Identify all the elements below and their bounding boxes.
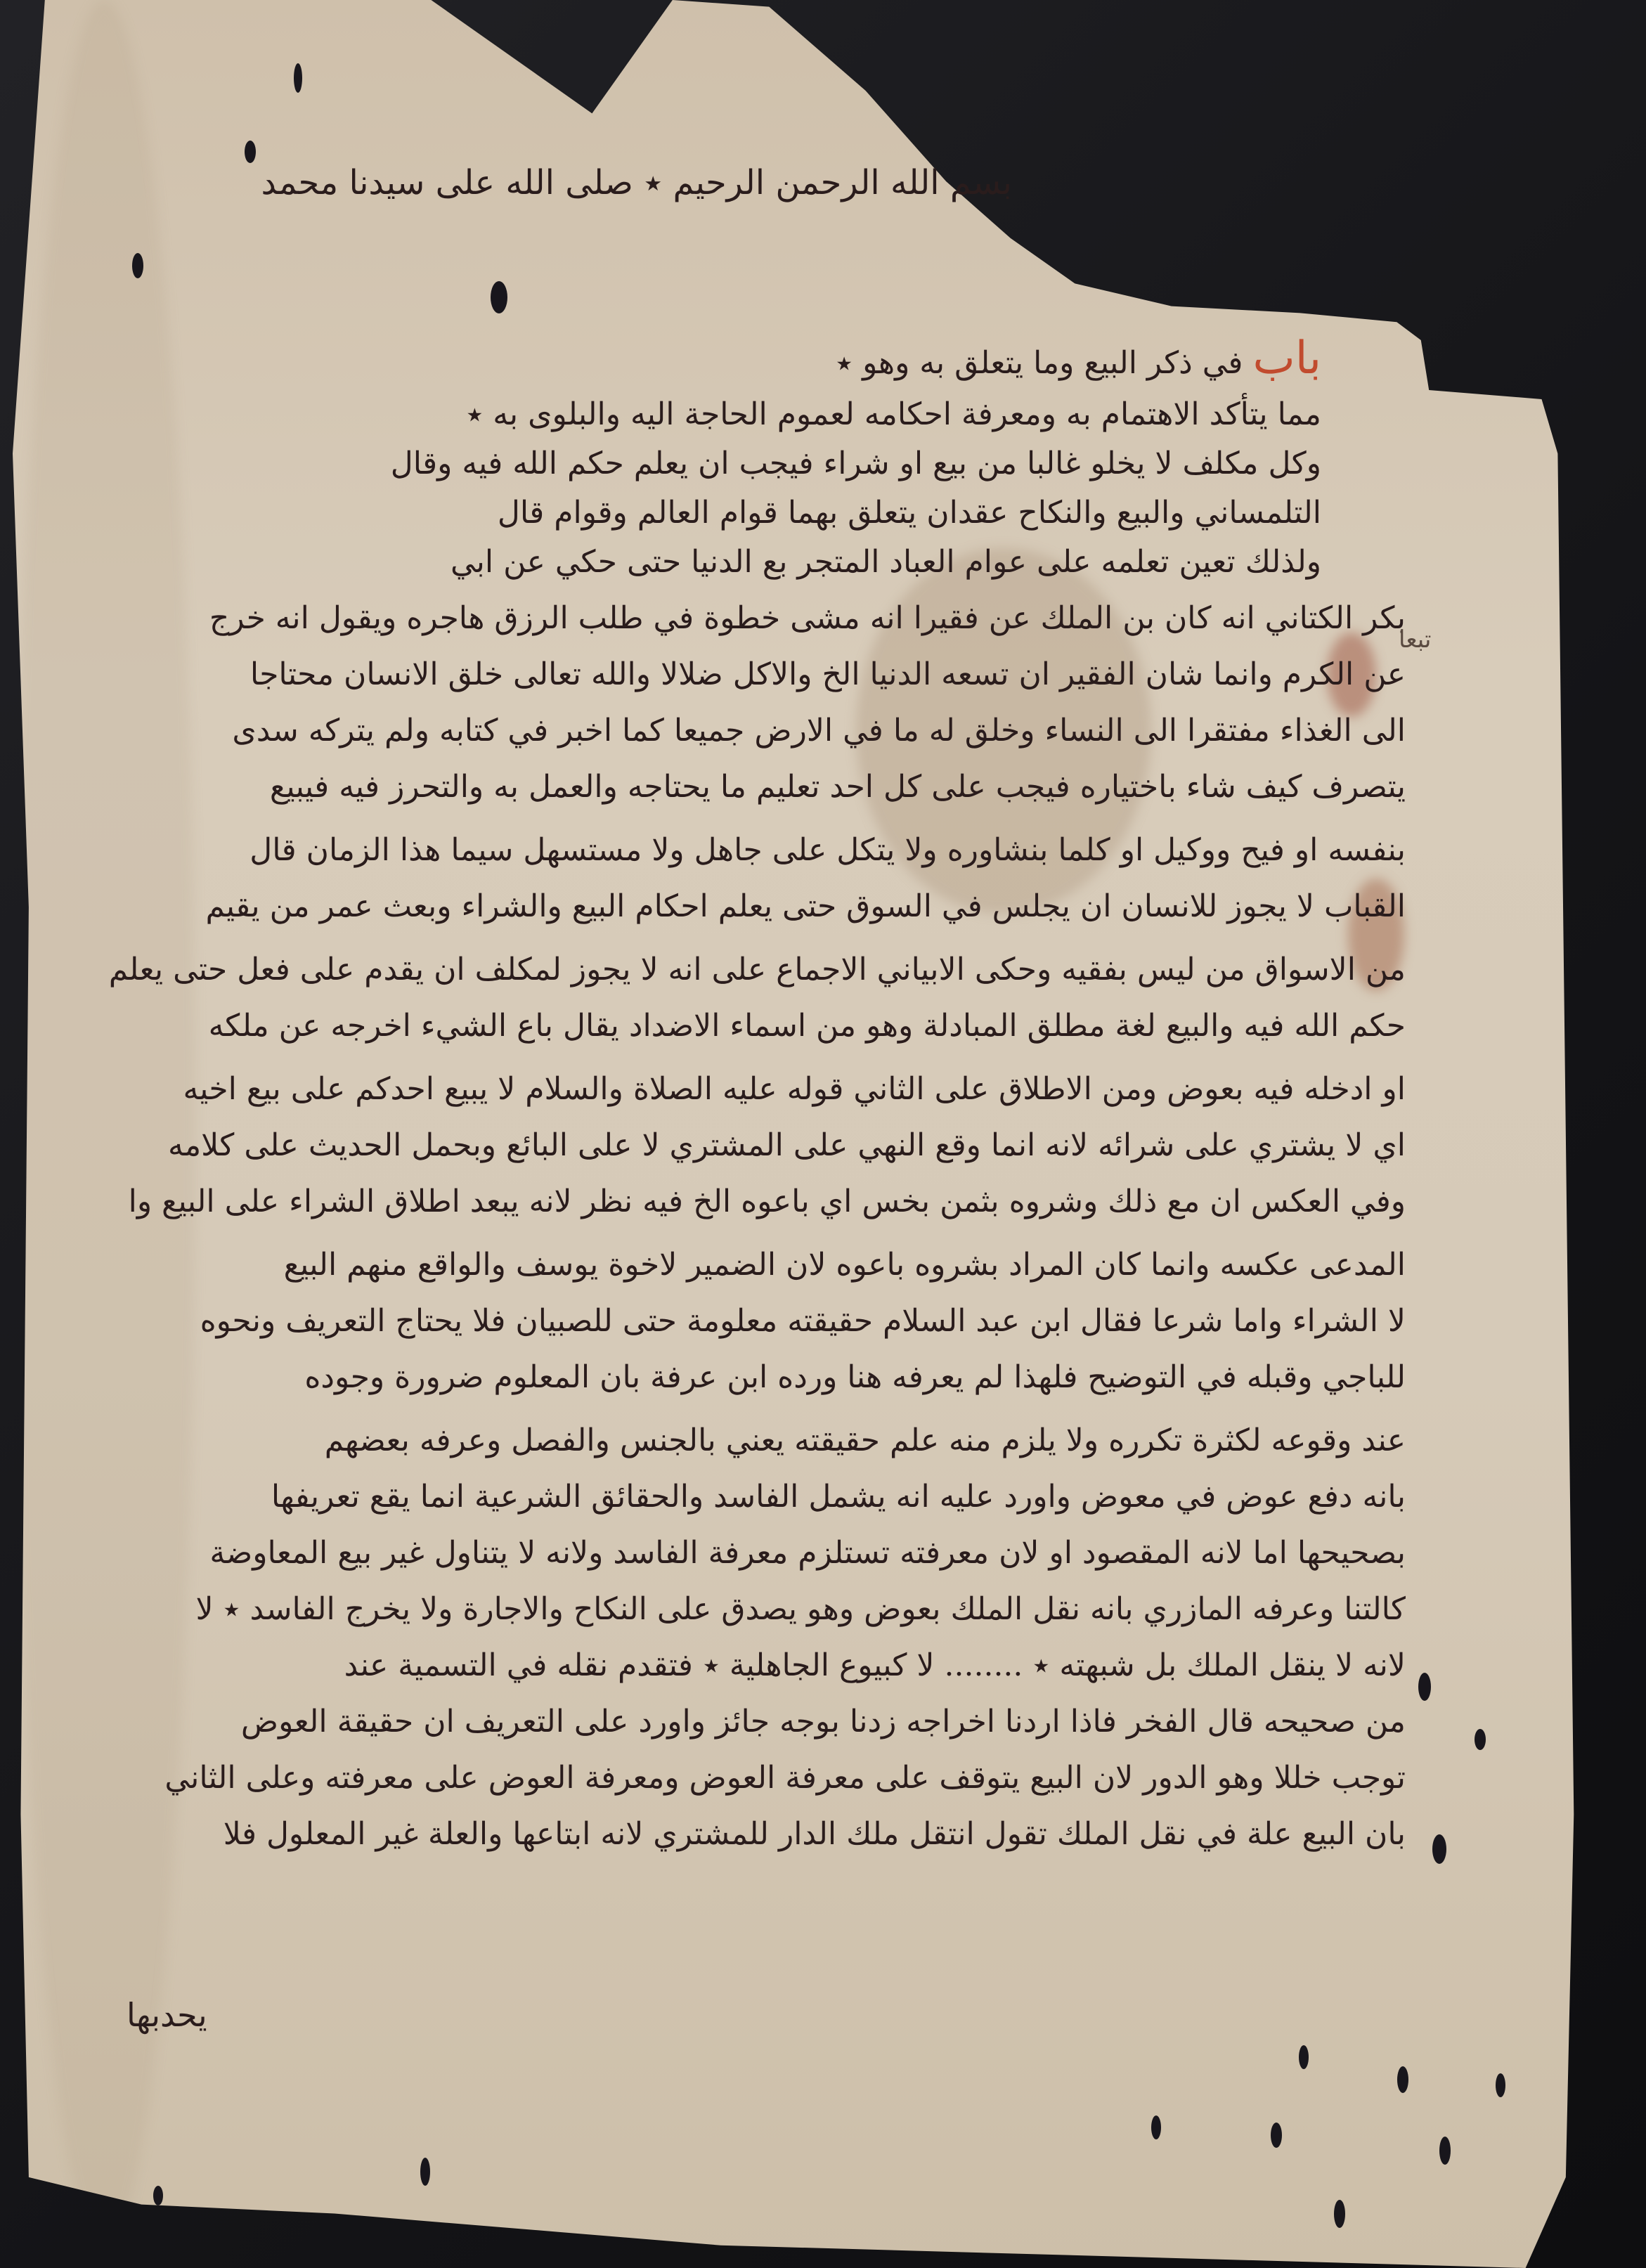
wormhole [1432, 1834, 1446, 1864]
text-line: من صحيحه قال الفخر فاذا اردنا اخراجه زدن… [241, 1701, 1406, 1743]
text-line: المدعى عكسه وانما كان المراد بشروه باعوه… [284, 1244, 1406, 1286]
text-line: بصحيحها اما لانه المقصود او لان معرفته ت… [209, 1532, 1406, 1574]
wormhole [153, 2186, 163, 2205]
wormhole [491, 281, 507, 313]
text-line: من الاسواق من ليس بفقيه وحكى الابياني ال… [109, 949, 1406, 991]
wormhole [1475, 1729, 1486, 1750]
heading-text: في ذكر البيع وما يتعلق به وهو ٭ [836, 345, 1243, 381]
text-line: لانه لا ينقل الملك بل شبهته ٭ ........ ل… [344, 1645, 1406, 1687]
text-line: بان البيع علة في نقل الملك تقول انتقل مل… [223, 1813, 1406, 1855]
text-line: ولذلك تعين تعلمه على عوام العباد المتجر … [451, 541, 1321, 583]
text-line: يتصرف كيف شاء باختياره فيجب على كل احد ت… [270, 766, 1406, 808]
text-line: وكل مكلف لا يخلو غالبا من بيع او شراء في… [391, 443, 1321, 485]
wormhole [1151, 2115, 1161, 2139]
wormhole [294, 63, 302, 93]
wormhole [1271, 2123, 1282, 2148]
text-line: لا الشراء واما شرعا فقال ابن عبد السلام … [200, 1300, 1406, 1342]
text-line: بانه دفع عوض في معوض واورد عليه انه يشمل… [271, 1476, 1406, 1518]
text-line: الى الغذاء مفتقرا الى النساء وخلق له ما … [232, 710, 1406, 752]
text-line: او ادخله فيه بعوض ومن الاطلاق على الثاني… [183, 1068, 1406, 1110]
text-line: بكر الكتاني انه كان بن الملك عن فقيرا ان… [209, 597, 1406, 640]
margin-annotation: تبعا [1399, 626, 1431, 654]
wormhole [420, 2158, 430, 2186]
chapter-heading: باب في ذكر البيع وما يتعلق به وهو ٭ [836, 337, 1321, 384]
wormhole [1334, 2200, 1345, 2228]
text-line: اي لا يشتري على شرائه لانه انما وقع النه… [168, 1125, 1406, 1167]
wormhole [1397, 2066, 1408, 2093]
text-line: مما يتأكد الاهتمام به ومعرفة احكامه لعمو… [466, 394, 1321, 436]
text-line: كالتنا وعرفه المازري بانه نقل الملك بعوض… [195, 1588, 1406, 1631]
text-line: توجب خللا وهو الدور لان البيع يتوقف على … [164, 1757, 1406, 1799]
text-line: للباجي وقبله في التوضيح فلهذا لم يعرفه ه… [304, 1356, 1406, 1399]
text-line: حكم الله فيه والبيع لغة مطلق المبادلة وه… [209, 1005, 1406, 1047]
wormhole [245, 141, 256, 163]
text-line: القباب لا يجوز للانسان ان يجلس في السوق … [206, 886, 1406, 928]
text-line: عن الكرم وانما شان الفقير ان تسعه الدنيا… [250, 654, 1406, 696]
text-line: بنفسه او فيح ووكيل او كلما بنشاوره ولا ي… [250, 829, 1406, 871]
basmala-line: بسم الله الرحمن الرحيم ٭ صلى الله على سي… [261, 162, 1012, 204]
text-line: وفي العكس ان مع ذلك وشروه بثمن بخس اي با… [129, 1181, 1406, 1223]
wormhole [1496, 2073, 1505, 2097]
wormhole [1299, 2045, 1309, 2069]
rubric-heading-word: باب [1252, 332, 1321, 384]
wormhole [1439, 2137, 1451, 2165]
wormhole [1418, 1673, 1431, 1701]
wormhole [132, 253, 143, 278]
catchword: يحدبها [127, 1996, 207, 2034]
text-line: عند وقوعه لكثرة تكرره ولا يلزم منه علم ح… [325, 1420, 1406, 1462]
text-line: التلمساني والبيع والنكاح عقدان يتعلق بهم… [498, 492, 1321, 534]
